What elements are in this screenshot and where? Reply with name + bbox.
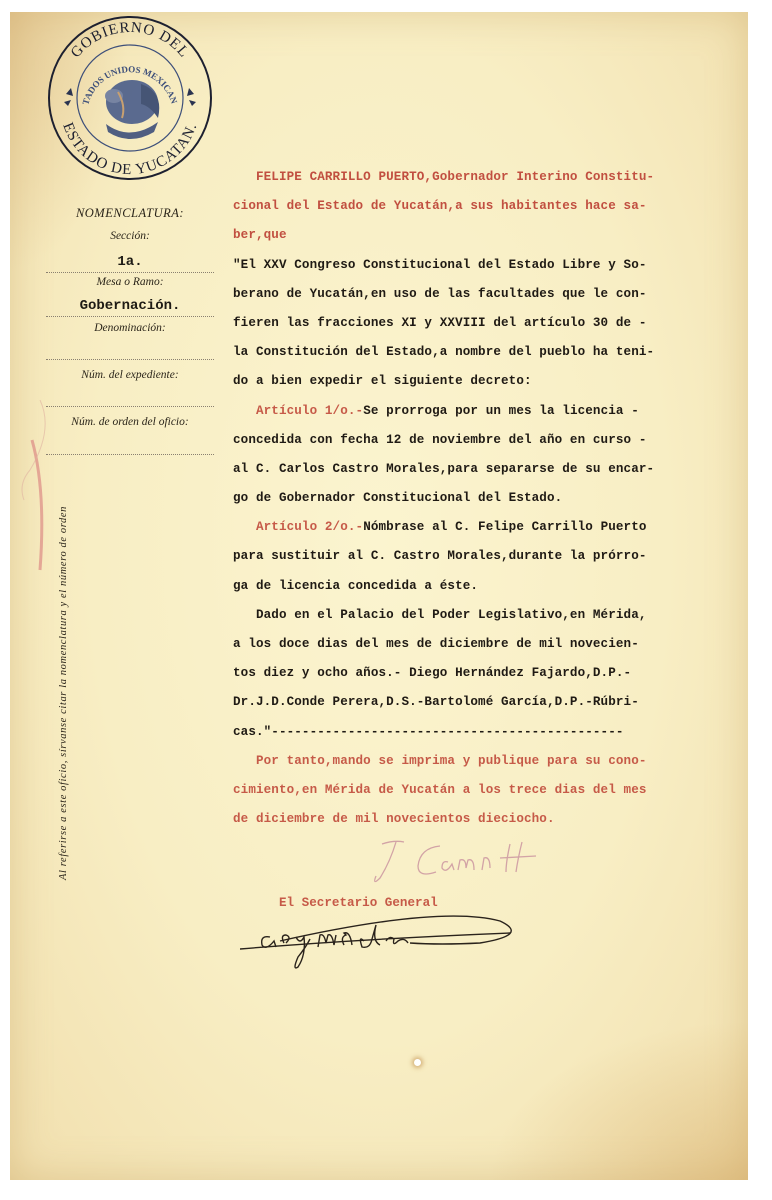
field-value-mesa: Gobernación. bbox=[46, 298, 214, 314]
field-label-denominacion: Denominación: bbox=[46, 322, 214, 334]
field-label-mesa: Mesa o Ramo: bbox=[46, 276, 214, 288]
decree-line: "El XXV Congreso Constitucional del Esta… bbox=[233, 251, 713, 280]
field-rule bbox=[46, 406, 214, 407]
articulo-1-line: Artículo 1/o.-Se prorroga por un mes la … bbox=[233, 397, 713, 426]
articulo-2-line: Artículo 2/o.-Nómbrase al C. Felipe Carr… bbox=[233, 513, 713, 542]
secretary-signature bbox=[240, 905, 540, 975]
por-tanto-line: cimiento,en Mérida de Yucatán a los trec… bbox=[233, 776, 713, 805]
field-label-expediente: Núm. del expediente: bbox=[46, 369, 214, 381]
articulo-1-line: go de Gobernador Constitucional del Esta… bbox=[233, 484, 713, 513]
seal-emblem-icon: GOBIERNO DEL ESTADO DE YUCATAN. ESTADOS … bbox=[46, 14, 214, 182]
faded-pencil-annotation bbox=[240, 1005, 246, 1031]
articulo-2-text: Nómbrase al C. Felipe Carrillo Puerto bbox=[363, 520, 646, 534]
paper-stain bbox=[488, 1020, 748, 1180]
field-rule bbox=[46, 272, 214, 273]
articulo-1-line: al C. Carlos Castro Morales,para separar… bbox=[233, 455, 713, 484]
svg-text:ESTADO DE YUCATAN.: ESTADO DE YUCATAN. bbox=[59, 121, 200, 179]
articulo-1-line: concedida con fecha 12 de noviembre del … bbox=[233, 426, 713, 455]
preamble-line: cional del Estado de Yucatán,a sus habit… bbox=[233, 192, 713, 221]
svg-text:GOBIERNO DEL: GOBIERNO DEL bbox=[68, 20, 192, 61]
governor-signature bbox=[360, 838, 550, 888]
articulo-2-line: para sustituir al C. Castro Morales,dura… bbox=[233, 542, 713, 571]
articulo-2-line: ga de licencia concedida a éste. bbox=[233, 572, 713, 601]
dado-line: a los doce dias del mes de diciembre de … bbox=[233, 630, 713, 659]
field-value-seccion: 1a. bbox=[46, 254, 214, 270]
nomenclature-header: NOMENCLATURA: bbox=[46, 206, 214, 221]
preamble-line: ber,que bbox=[233, 221, 713, 250]
dado-line: cas."-----------------------------------… bbox=[233, 718, 713, 747]
margin-instruction-note: Al referirse a este oficio, sírvanse cit… bbox=[58, 506, 69, 880]
dado-line: Dado en el Palacio del Poder Legislativo… bbox=[233, 601, 713, 630]
field-rule bbox=[46, 359, 214, 360]
dado-line: Dr.J.D.Conde Perera,D.S.-Bartolomé Garcí… bbox=[233, 688, 713, 717]
articulo-1-label: Artículo 1/o.- bbox=[233, 404, 363, 418]
dado-line: tos diez y ocho años.- Diego Hernández F… bbox=[233, 659, 713, 688]
paper-hole bbox=[414, 1059, 421, 1066]
field-rule bbox=[46, 316, 214, 317]
por-tanto-line: de diciembre de mil novecientos diecioch… bbox=[233, 805, 713, 834]
field-rule bbox=[46, 454, 214, 455]
decree-line: berano de Yucatán,en uso de las facultad… bbox=[233, 280, 713, 309]
por-tanto-line: Por tanto,mando se imprima y publique pa… bbox=[233, 747, 713, 776]
decree-line: fieren las fracciones XI y XXVIII del ar… bbox=[233, 309, 713, 338]
articulo-2-label: Artículo 2/o.- bbox=[233, 520, 363, 534]
decree-line: la Constitución del Estado,a nombre del … bbox=[233, 338, 713, 367]
preamble-line: FELIPE CARRILLO PUERTO,Gobernador Interi… bbox=[233, 163, 713, 192]
decree-line: do a bien expedir el siguiente decreto: bbox=[233, 367, 713, 396]
articulo-1-text: Se prorroga por un mes la licencia - bbox=[363, 404, 639, 418]
field-label-seccion: Sección: bbox=[46, 230, 214, 242]
red-pencil-mark bbox=[10, 400, 50, 580]
field-label-orden: Núm. de orden del oficio: bbox=[46, 416, 214, 428]
decree-text: FELIPE CARRILLO PUERTO,Gobernador Interi… bbox=[233, 163, 713, 834]
government-seal: GOBIERNO DEL ESTADO DE YUCATAN. ESTADOS … bbox=[46, 14, 214, 182]
